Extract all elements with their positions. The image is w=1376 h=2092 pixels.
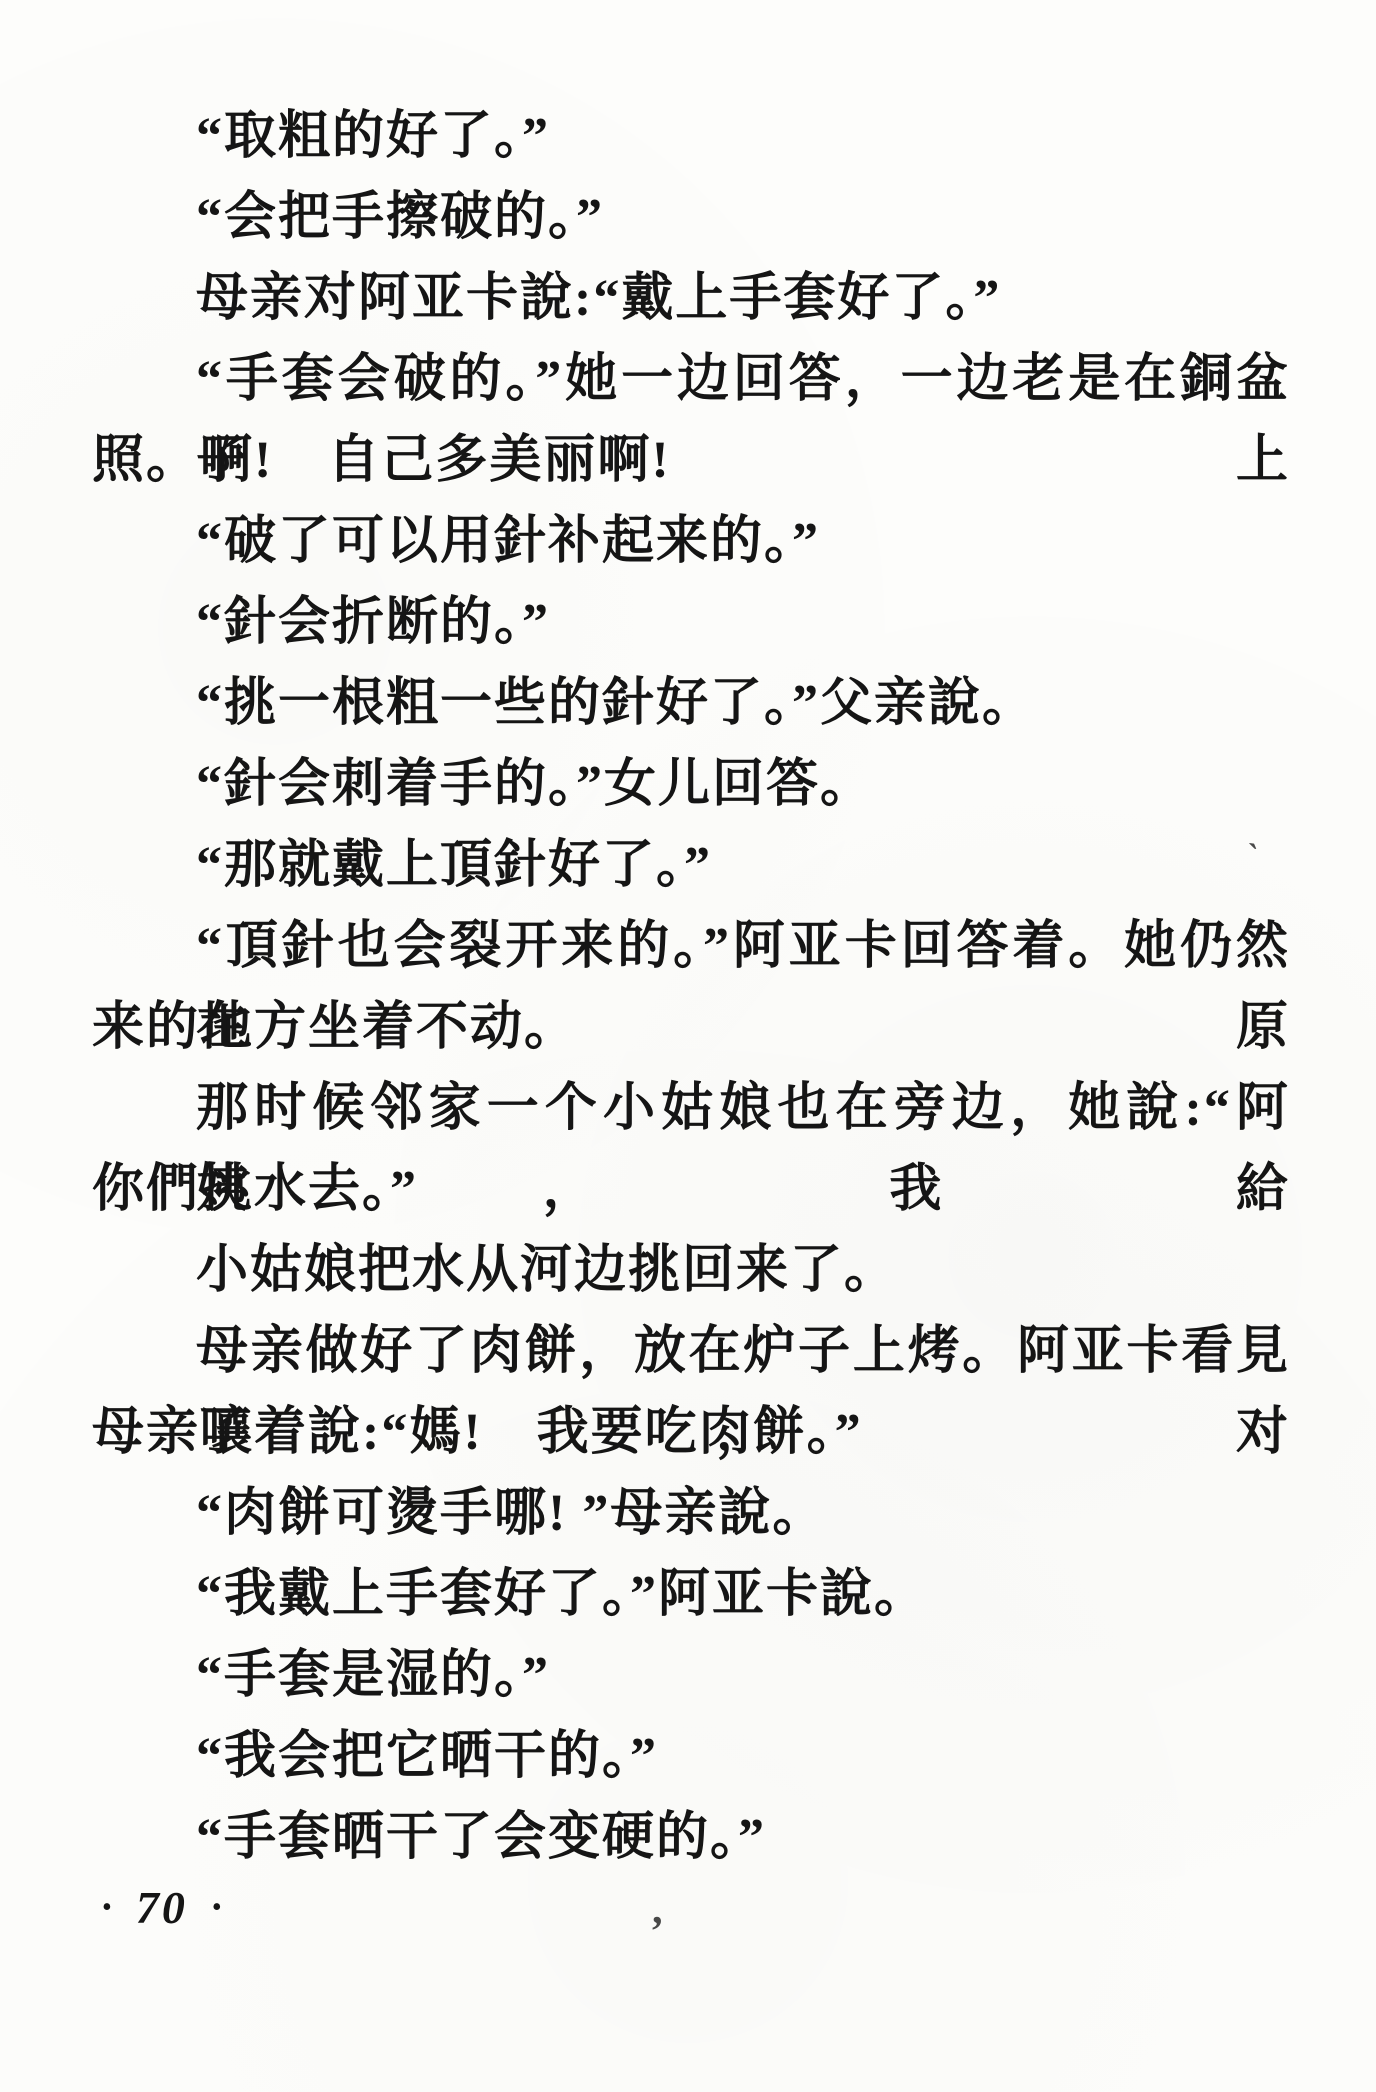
text-line: “針会折断的。”	[92, 582, 1290, 663]
text-line: 小姑娘把水从河边挑回来了。	[92, 1230, 1290, 1311]
text-line: “那就戴上頂針好了。”	[92, 825, 1290, 906]
text-line: “破了可以用針补起来的。”	[92, 501, 1290, 582]
text-line: “肉餅可燙手哪! ”母亲說。	[92, 1473, 1290, 1554]
page-number-footer: • 70 •	[102, 1882, 222, 1934]
text-line: “我戴上手套好了。”阿亚卡說。	[92, 1554, 1290, 1635]
scan-artifact-mark: ’	[650, 1908, 664, 1956]
text-line: 母亲对阿亚卡說:“戴上手套好了。”	[92, 258, 1290, 339]
text-line: “手套会破的。”她一边回答，一边老是在銅盆子上	[92, 339, 1290, 420]
text-line: 母亲做好了肉餅，放在炉子上烤。阿亚卡看見了，对	[92, 1311, 1290, 1392]
footer-left-dot: •	[102, 1894, 112, 1922]
text-line: “手套是湿的。”	[92, 1635, 1290, 1716]
text-line: “挑一根粗一些的針好了。”父亲說。	[92, 663, 1290, 744]
text-line: “手套晒干了会变硬的。”	[92, 1797, 1290, 1878]
text-line: “我会把它晒干的。”	[92, 1716, 1290, 1797]
scanned-book-page: “取粗的好了。”“会把手擦破的。”母亲对阿亚卡說:“戴上手套好了。”“手套会破的…	[0, 0, 1376, 2092]
text-line: “取粗的好了。”	[92, 96, 1290, 177]
body-text: “取粗的好了。”“会把手擦破的。”母亲对阿亚卡說:“戴上手套好了。”“手套会破的…	[92, 96, 1290, 1878]
text-line: “頂針也会裂开来的。”阿亚卡回答着。她仍然在原	[92, 906, 1290, 987]
text-line: “会把手擦破的。”	[92, 177, 1290, 258]
footer-right-dot: •	[212, 1894, 222, 1922]
page-number: 70	[136, 1885, 188, 1931]
text-line: 那时候邻家一个小姑娘也在旁边，她說:“阿姨，我給	[92, 1068, 1290, 1149]
text-line: “針会刺着手的。”女儿回答。	[92, 744, 1290, 825]
